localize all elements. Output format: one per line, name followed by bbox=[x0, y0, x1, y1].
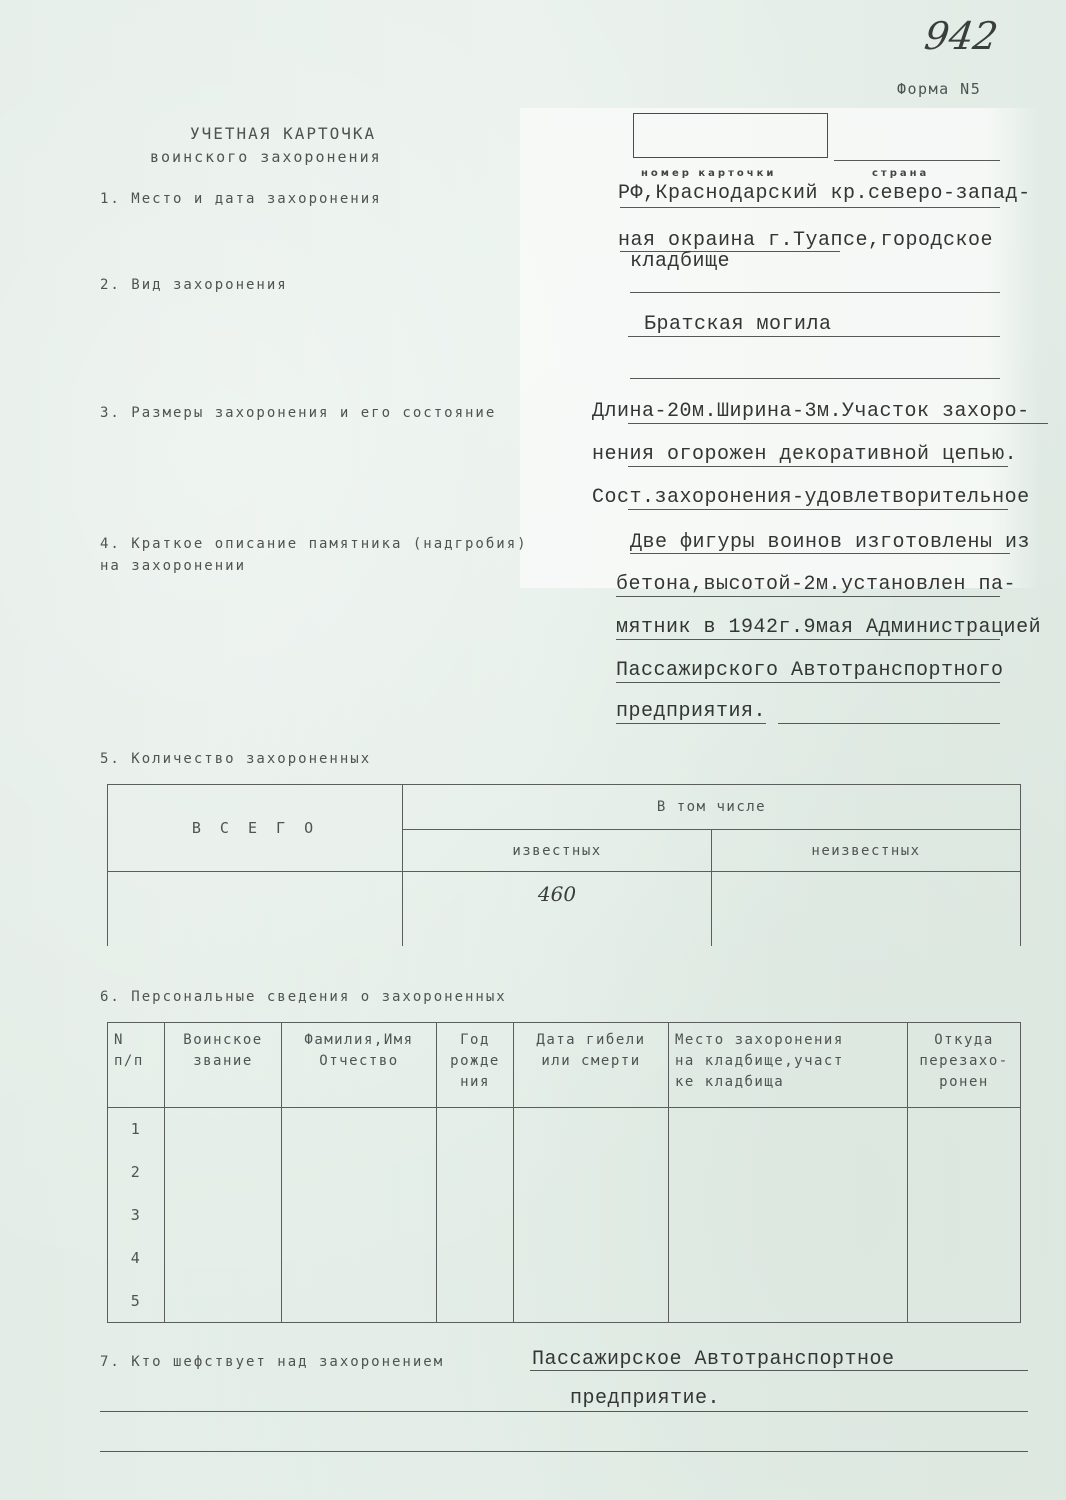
underline bbox=[100, 1411, 1028, 1412]
section-7-line-1: Пассажирское Автотранспортное bbox=[532, 1348, 895, 1371]
unknown-header: неизвестных bbox=[712, 830, 1021, 872]
section-4-line-1: Две фигуры воинов изготовлены из bbox=[630, 531, 1030, 554]
card-number-caption: номер карточки bbox=[641, 168, 776, 179]
rank-cell[interactable] bbox=[165, 1108, 282, 1323]
col-header-number: N п/п bbox=[108, 1023, 165, 1108]
underline bbox=[616, 639, 1000, 640]
total-value-cell[interactable] bbox=[108, 872, 403, 946]
col-header-rank: Воинское звание bbox=[165, 1023, 282, 1108]
row-number: 5 bbox=[108, 1292, 164, 1310]
section-4-line-3: мятник в 1942г.9мая Администрацией bbox=[616, 616, 1041, 639]
underline bbox=[628, 423, 1048, 424]
row-number: 3 bbox=[108, 1206, 164, 1224]
section-3-line-1: Длина-20м.Ширина-3м.Участок захоро- bbox=[592, 400, 1030, 423]
col-header-text: Откуда bbox=[908, 1030, 1020, 1051]
underline bbox=[620, 207, 1000, 208]
burial-place-cell[interactable] bbox=[669, 1108, 908, 1323]
reburied-from-cell[interactable] bbox=[908, 1108, 1021, 1323]
row-numbers-cell: 1 2 3 4 5 bbox=[108, 1108, 165, 1323]
col-header-text: или смерти bbox=[514, 1051, 668, 1072]
underline bbox=[630, 378, 1000, 379]
underline bbox=[628, 509, 1008, 510]
underline bbox=[616, 596, 1000, 597]
card-number-field[interactable] bbox=[633, 113, 828, 158]
section-4-line-5: предприятия. bbox=[616, 700, 766, 723]
including-header: В том числе bbox=[403, 785, 1021, 830]
col-header-text: N bbox=[114, 1030, 164, 1051]
section-1-label: 1. Место и дата захоронения bbox=[100, 191, 382, 207]
section-3-label: 3. Размеры захоронения и его состояние bbox=[100, 405, 496, 421]
section-6-label: 6. Персональные сведения о захороненных bbox=[100, 989, 507, 1005]
section-1-line-3: кладбище bbox=[630, 250, 730, 273]
underline bbox=[616, 682, 1000, 683]
col-header-text: Воинское bbox=[165, 1030, 281, 1051]
known-value: 460 bbox=[538, 882, 576, 906]
country-caption: страна bbox=[872, 168, 929, 179]
total-header: В С Е Г О bbox=[108, 785, 403, 872]
col-header-text: Год bbox=[437, 1030, 513, 1051]
section-3-line-3: Сост.захоронения-удовлетворительное bbox=[592, 486, 1030, 509]
form-label: Форма N5 bbox=[897, 80, 981, 98]
col-header-text: Отчество bbox=[282, 1051, 436, 1072]
death-date-cell[interactable] bbox=[514, 1108, 669, 1323]
col-header-burial-place: Место захоронения на кладбище,участ ке к… bbox=[669, 1023, 908, 1108]
section-4-label-2: на захоронении bbox=[100, 558, 246, 574]
col-header-text: п/п bbox=[114, 1051, 164, 1072]
col-header-text: ке кладбища bbox=[675, 1072, 907, 1093]
underline bbox=[630, 292, 1000, 293]
col-header-text: звание bbox=[165, 1051, 281, 1072]
col-header-birth-year: Год рожде ния bbox=[437, 1023, 514, 1108]
col-header-text: Фамилия,Имя bbox=[282, 1030, 436, 1051]
underline bbox=[628, 336, 1000, 337]
card-title: УЧЕТНАЯ КАРТОЧКА bbox=[190, 124, 376, 143]
archive-number: 942 bbox=[922, 14, 1001, 58]
underline bbox=[778, 723, 1000, 724]
known-value-cell[interactable]: 460 bbox=[403, 872, 712, 946]
section-3-line-2: нения огорожен декоративной цепью. bbox=[592, 443, 1017, 466]
section-1-line-2: ная окраина г.Туапсе,городское bbox=[618, 229, 993, 252]
col-header-text: на кладбище,участ bbox=[675, 1051, 907, 1072]
col-header-text: ния bbox=[437, 1072, 513, 1093]
card-subtitle: воинского захоронения bbox=[150, 148, 382, 166]
paper-light-area bbox=[520, 108, 1040, 588]
underline bbox=[616, 723, 766, 724]
row-number: 2 bbox=[108, 1163, 164, 1181]
col-header-text: ронен bbox=[908, 1072, 1020, 1093]
col-header-death-date: Дата гибели или смерти bbox=[514, 1023, 669, 1108]
col-header-text: Место захоронения bbox=[675, 1030, 907, 1051]
col-header-text: перезахо- bbox=[908, 1051, 1020, 1072]
country-field[interactable] bbox=[834, 140, 1000, 160]
section-4-line-2: бетона,высотой-2м.установлен па- bbox=[616, 573, 1016, 596]
full-name-cell[interactable] bbox=[282, 1108, 437, 1323]
underline bbox=[100, 1451, 1028, 1452]
col-header-text: рожде bbox=[437, 1051, 513, 1072]
unknown-value-cell[interactable] bbox=[712, 872, 1021, 946]
section-7-line-2: предприятие. bbox=[570, 1387, 720, 1410]
underline bbox=[628, 466, 1008, 467]
row-number: 4 bbox=[108, 1249, 164, 1267]
known-header: известных bbox=[403, 830, 712, 872]
section-2-value: Братская могила bbox=[644, 313, 832, 336]
col-header-reburied-from: Откуда перезахо- ронен bbox=[908, 1023, 1021, 1108]
row-number: 1 bbox=[108, 1120, 164, 1138]
col-header-full-name: Фамилия,Имя Отчество bbox=[282, 1023, 437, 1108]
section-7-label: 7. Кто шефствует над захоронением bbox=[100, 1354, 444, 1370]
col-header-text: Дата гибели bbox=[514, 1030, 668, 1051]
section-1-line-1: РФ,Краснодарский кр.северо-запад- bbox=[618, 182, 1031, 205]
underline bbox=[630, 553, 1010, 554]
birth-year-cell[interactable] bbox=[437, 1108, 514, 1323]
underline bbox=[530, 1370, 1028, 1371]
personal-data-table: N п/п Воинское звание Фамилия,Имя Отчест… bbox=[107, 1022, 1021, 1323]
country-field-line bbox=[834, 160, 1000, 161]
section-4-line-4: Пассажирского Автотранспортного bbox=[616, 659, 1004, 682]
section-2-label: 2. Вид захоронения bbox=[100, 277, 288, 293]
burials-count-table: В С Е Г О В том числе известных неизвест… bbox=[107, 784, 1021, 946]
section-4-label: 4. Краткое описание памятника (надгробия… bbox=[100, 536, 528, 552]
section-5-label: 5. Количество захороненных bbox=[100, 751, 371, 767]
